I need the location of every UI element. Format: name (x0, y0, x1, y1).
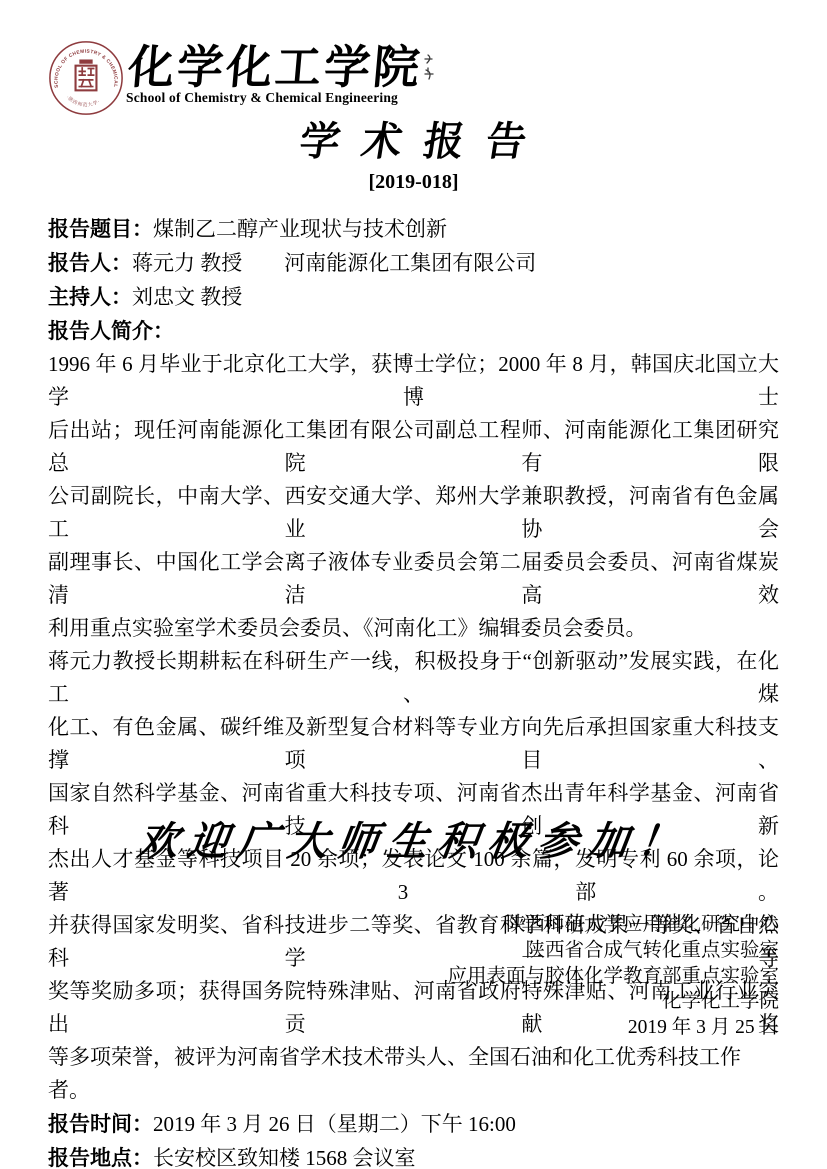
calligrapher-signature-mark (422, 52, 436, 92)
welcome-calligraphy-line: 欢迎广大师生积极参加！ (0, 810, 827, 867)
bio-paragraph1-line: 后出站；现任河南能源化工集团有限公司副总工程师、河南能源化工集团研究总院有限 (48, 414, 779, 480)
time-value: 2019 年 3 月 26 日（星期二）下午 16:00 (153, 1112, 516, 1136)
time-line: 报告时间：2019 年 3 月 26 日（星期二）下午 16:00 (48, 1107, 779, 1141)
document-page: SCHOOL OF CHEMISTRY & CHEMICAL ENGINEERI… (0, 0, 827, 1169)
report-title-label: 报告题目： (48, 217, 153, 241)
bio-paragraph1-line: 副理事长、中国化工学会离子液体专业委员会第二届委员会委员、河南省煤炭清洁高效 (48, 546, 779, 612)
bio-paragraph2-line: 蒋元力教授长期耕耘在科研生产一线，积极投身于“创新驱动”发展实践，在化工、煤 (48, 645, 779, 711)
footer-line-org-4: 化学化工学院 (447, 989, 779, 1015)
location-value: 长安校区致知楼 1568 会议室 (153, 1146, 416, 1169)
footer-signature-block: 陕西师范大学应用催化研究中心 陕西省合成气转化重点实验室 应用表面与胶体化学教育… (447, 912, 779, 1041)
location-label: 报告地点： (48, 1146, 153, 1169)
speaker-label: 报告人： (48, 251, 132, 275)
document-title: 学术报告 (0, 110, 827, 167)
school-seal-logo: SCHOOL OF CHEMISTRY & CHEMICAL ENGINEERI… (48, 40, 124, 116)
report-title-line: 报告题目：煤制乙二醇产业现状与技术创新 (48, 212, 779, 246)
footer-line-org-3: 应用表面与胶体化学教育部重点实验室 (447, 964, 779, 990)
host-label: 主持人： (48, 285, 132, 309)
speaker-value: 蒋元力 教授 河南能源化工集团有限公司 (132, 251, 536, 275)
seal-emblem (76, 59, 97, 90)
report-title-value: 煤制乙二醇产业现状与技术创新 (153, 217, 447, 241)
document-number: [2019-018] (0, 171, 827, 194)
seal-arc-text-bottom: ·陕西师范大学· (65, 95, 102, 108)
footer-line-org-1: 陕西师范大学应用催化研究中心 (447, 912, 779, 938)
time-label: 报告时间： (48, 1112, 153, 1136)
school-name-chinese: 化学化工学院 (126, 41, 425, 93)
bio-paragraph2-line: 等多项荣誉，被评为河南省学术技术带头人、全国石油和化工优秀科技工作者。 (48, 1041, 779, 1107)
bio-paragraph1-line: 利用重点实验室学术委员会委员、《河南化工》编辑委员会委员。 (48, 612, 779, 645)
location-line: 报告地点：长安校区致知楼 1568 会议室 (48, 1141, 779, 1169)
host-value: 刘忠文 教授 (132, 285, 242, 309)
footer-line-org-2: 陕西省合成气转化重点实验室 (447, 938, 779, 964)
speaker-line: 报告人：蒋元力 教授 河南能源化工集团有限公司 (48, 246, 779, 280)
header: SCHOOL OF CHEMISTRY & CHEMICAL ENGINEERI… (48, 40, 436, 116)
bio-heading: 报告人简介： (48, 314, 779, 348)
bio-paragraph1-line: 公司副院长，中南大学、西安交通大学、郑州大学兼职教授，河南省有色金属工业协会 (48, 480, 779, 546)
header-text-block: 化学化工学院 School of Chemistry & Chemical En… (126, 40, 420, 106)
footer-line-date: 2019 年 3 月 25 日 (447, 1015, 779, 1041)
bio-paragraph2-line: 化工、有色金属、碳纤维及新型复合材料等专业方向先后承担国家重大科技支撑项目、 (48, 711, 779, 777)
bio-paragraph1-line: 1996 年 6 月毕业于北京化工大学，获博士学位；2000 年 8 月，韩国庆… (48, 348, 779, 414)
host-line: 主持人：刘忠文 教授 (48, 280, 779, 314)
